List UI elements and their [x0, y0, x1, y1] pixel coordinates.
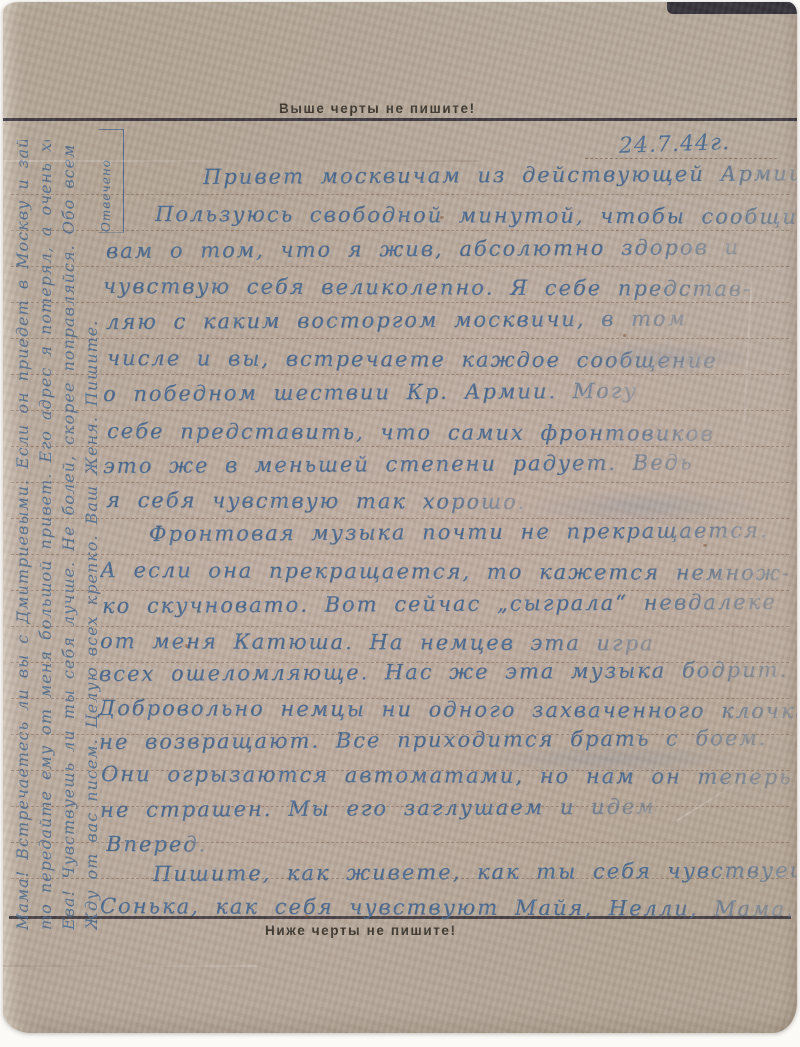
ruled-line [11, 230, 789, 231]
ruled-line [11, 266, 789, 267]
foxing-spot [623, 334, 626, 337]
handwritten-line: всех ошеломляюще. Нас же эта музыка бодр… [99, 658, 788, 686]
ruled-line [11, 554, 789, 555]
margin-vertical-line: Мама! Встречаетесь ли вы с Дмитриевыми. … [13, 140, 32, 930]
handwritten-line: числе и вы, встречаете каждое сообщение [107, 346, 718, 373]
handwritten-line: о победном шествии Кр. Армии. Могу [103, 379, 638, 406]
handwritten-line: А если она прекращается, то кажется немн… [100, 558, 791, 585]
handwritten-line: вам о том, что я жив, абсолютно здоров и [106, 235, 740, 263]
date-ruled-line [585, 158, 777, 159]
handwritten-line: Сонька, как себя чувствуют Майя, Нелли, … [100, 894, 795, 921]
crease [727, 282, 752, 722]
handwritten-line: ляю с каким восторгом москвичи, в том [106, 306, 687, 334]
handwritten-line: я себя чувствую так хорошо. [106, 488, 526, 514]
margin-note-box: Отвечено [99, 129, 124, 233]
handwritten-line: Фронтовая музыка почти не прекращается. [149, 518, 769, 546]
foxing-spot [703, 544, 707, 547]
ruled-line [11, 446, 789, 447]
handwritten-date: 24.7.44г. [619, 130, 731, 159]
top-tear-band-dark-corner [667, 2, 797, 14]
crease [3, 965, 257, 967]
handwritten-line: себе представить, что самих фронтовиков [107, 419, 715, 446]
handwritten-line: Вперед. [106, 832, 207, 856]
ruled-line [11, 482, 789, 483]
handwritten-line: это же в меньшей степени радует. Ведь [103, 450, 693, 478]
foxing-spot [305, 914, 308, 917]
ruled-line [11, 338, 789, 339]
ruled-line [11, 302, 789, 303]
ruled-line [11, 410, 789, 411]
handwritten-line: Добровольно немцы ни одного захваченного… [98, 696, 797, 723]
ruled-line [11, 374, 789, 375]
handwritten-line: Привет москвичам из действующей Армии! [203, 161, 797, 189]
ruled-line [11, 194, 789, 195]
ruled-line [11, 626, 789, 627]
handwritten-line: не возвращают. Все приходится брать с бо… [99, 726, 767, 754]
top-boundary-line [3, 118, 797, 121]
printed-top-warning: Выше черты не пишите! [279, 101, 476, 116]
handwritten-line: ко скучновато. Вот сейчас „сыграла“ невд… [102, 590, 777, 618]
letter-paper: Выше черты не пишите! Ниже черты не пиши… [3, 2, 797, 1033]
margin-note-text: Отвечено [99, 130, 113, 232]
margin-vertical-line: то передайте ему от меня большой привет.… [36, 140, 55, 930]
handwritten-line: Они огрызаются автоматами, но нам он теп… [101, 762, 793, 789]
margin-vertical-line: Ева! Чувствуешь ли ты себя лучше. Не бол… [59, 140, 78, 930]
handwritten-line: Пишите, как живете, как ты себя чувствуе… [153, 858, 797, 886]
margin-vertical-line: Жду от вас писем. Целую всех крепко. Ваш… [82, 140, 101, 930]
handwritten-line: чувствую себя великолепно. Я себе предст… [103, 274, 752, 301]
handwritten-line: от меня Катюша. На немцев эта игра [100, 629, 655, 655]
handwritten-line: Пользуюсь свободной минутой, чтобы сообщ… [155, 202, 797, 229]
handwritten-line: не страшен. Мы его заглушаем и идем [100, 795, 656, 822]
foxing-spot [440, 216, 444, 219]
foxing-spot [185, 644, 188, 648]
printed-bottom-warning: Ниже черты не пишите! [265, 923, 457, 938]
